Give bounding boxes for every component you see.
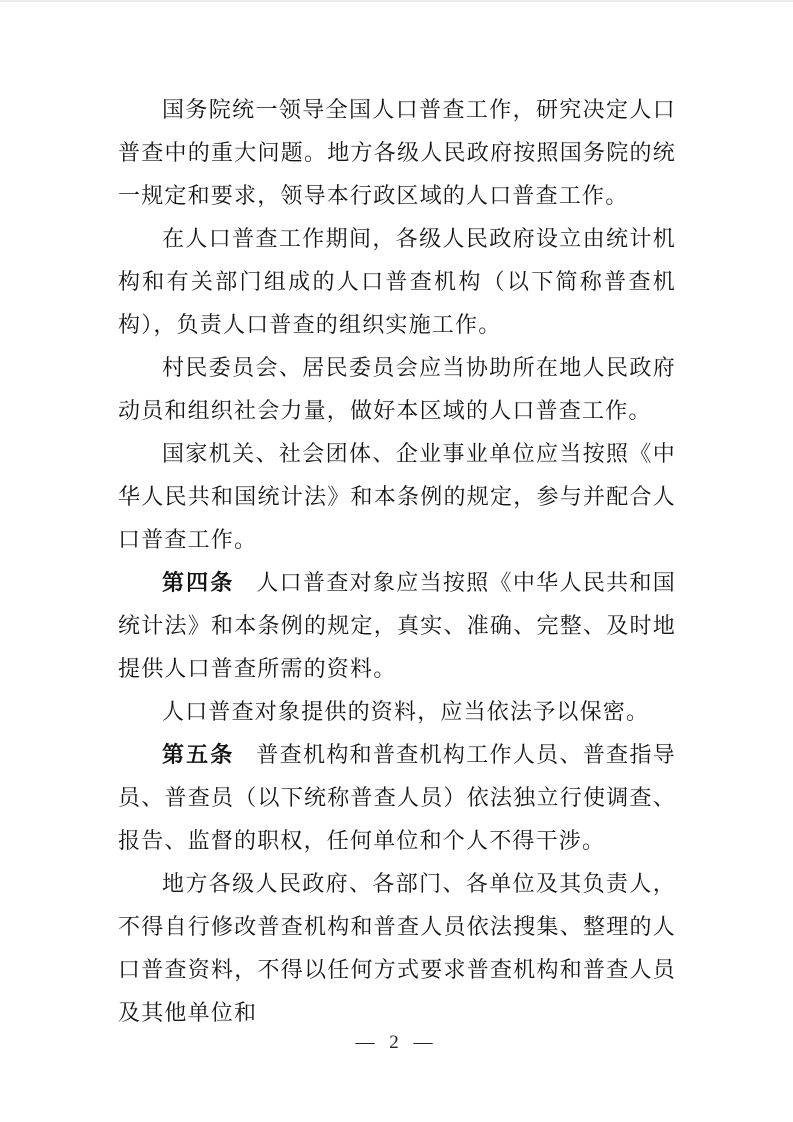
- document-body: 国务院统一领导全国人口普查工作，研究决定人口普查中的重大问题。地方各级人民政府按…: [118, 88, 676, 1034]
- body-paragraph: 国家机关、社会团体、企业事业单位应当按照《中华人民共和国统计法》和本条例的规定，…: [118, 432, 676, 561]
- article-number-label: 第四条: [162, 570, 234, 595]
- body-paragraph: 在人口普查工作期间，各级人民政府设立由统计机构和有关部门组成的人口普查机构（以下…: [118, 217, 676, 346]
- body-paragraph: 地方各级人民政府、各部门、各单位及其负责人，不得自行修改普查机构和普查人员依法搜…: [118, 862, 676, 1034]
- body-paragraph: 人口普查对象提供的资料，应当依法予以保密。: [118, 690, 676, 733]
- article-paragraph: 第四条人口普查对象应当按照《中华人民共和国统计法》和本条例的规定，真实、准确、完…: [118, 561, 676, 690]
- body-paragraph: 国务院统一领导全国人口普查工作，研究决定人口普查中的重大问题。地方各级人民政府按…: [118, 88, 676, 217]
- article-paragraph: 第五条普查机构和普查机构工作人员、普查指导员、普查员（以下统称普查人员）依法独立…: [118, 733, 676, 862]
- body-paragraph: 村民委员会、居民委员会应当协助所在地人民政府动员和组织社会力量，做好本区域的人口…: [118, 346, 676, 432]
- page-top-edge: [0, 0, 793, 2]
- document-page: 国务院统一领导全国人口普查工作，研究决定人口普查中的重大问题。地方各级人民政府按…: [0, 0, 793, 1122]
- article-number-label: 第五条: [162, 742, 234, 767]
- page-number-footer: — 2 —: [0, 1032, 793, 1054]
